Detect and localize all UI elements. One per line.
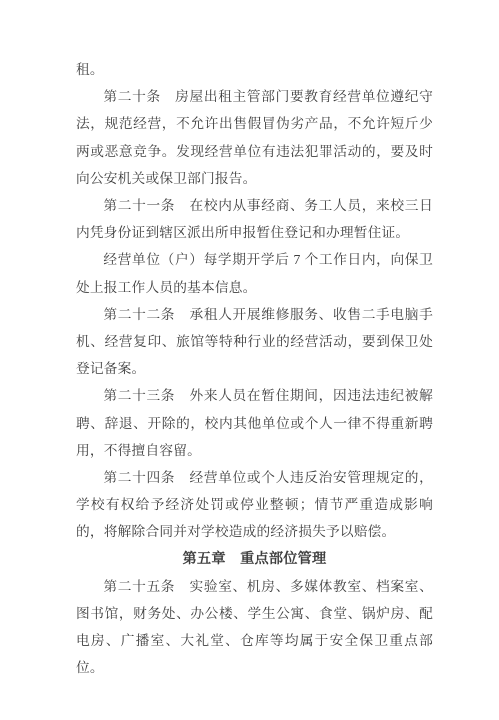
document-page: 租。 第二十条 房屋出租主管部门要教育经营单位遵纪守法，规范经营，不允许出售假冒…	[0, 0, 499, 720]
article-22-paragraph: 第二十二条 承租人开展维修服务、收售二手电脑手机、经营复印、旅馆等特种行业的经营…	[76, 301, 433, 383]
article-24-paragraph: 第二十四条 经营单位或个人违反治安管理规定的，学校有权给予经济处罚或停业整顿；情…	[76, 464, 433, 546]
article-21-paragraph: 第二十一条 在校内从事经商、务工人员，来校三日内凭身份证到辖区派出所申报暂住登记…	[76, 192, 433, 246]
article-20-paragraph: 第二十条 房屋出租主管部门要教育经营单位遵纪守法，规范经营，不允许出售假冒伪劣产…	[76, 83, 433, 192]
article-25-paragraph: 第二十五条 实验室、机房、多媒体教室、档案室、图书馆，财务处、办公楼、学生公寓、…	[76, 573, 433, 682]
paragraph-continuation: 租。	[76, 56, 433, 83]
chapter-5-heading: 第五章 重点部位管理	[76, 546, 433, 573]
article-23-paragraph: 第二十三条 外来人员在暂住期间，因违法违纪被解聘、辞退、开除的，校内其他单位或个…	[76, 382, 433, 464]
article-21-sub-paragraph: 经营单位（户）每学期开学后 7 个工作日内，向保卫处上报工作人员的基本信息。	[76, 246, 433, 300]
